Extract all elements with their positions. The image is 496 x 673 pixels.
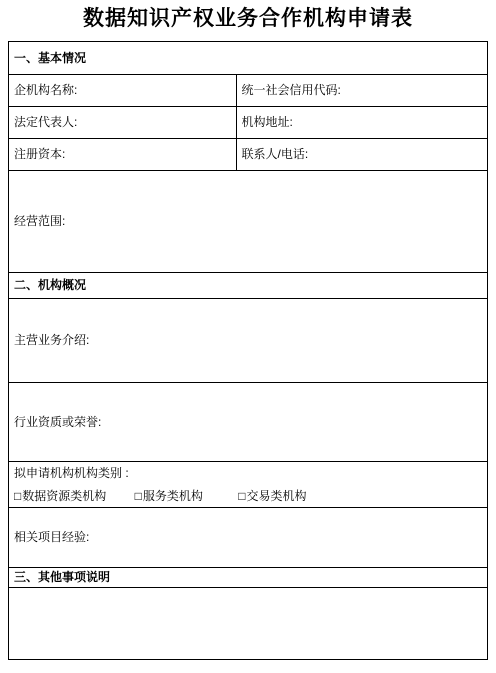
field-contact-cell[interactable]: 联系人/电话: (236, 139, 487, 171)
table-row: 行业资质或荣誉: (9, 383, 488, 462)
field-main-business-cell[interactable]: 主营业务介绍: (9, 299, 488, 383)
field-contact-label: 联系人/电话: (242, 147, 309, 161)
category-question-label: 拟申请机构机构类别 : (14, 466, 483, 481)
checkbox-option-label: 数据资源类机构 (22, 489, 106, 503)
field-experience-cell[interactable]: 相关项目经验: (9, 508, 488, 568)
table-row: 经营范围: (9, 171, 488, 273)
checkbox-icon: □ (135, 489, 142, 504)
application-form-table: 一、基本情况 企机构名称: 统一社会信用代码: 法定代表人: 机构地址: (8, 41, 488, 660)
field-address-label: 机构地址: (242, 115, 293, 129)
section-header-other: 三、其他事项说明 (9, 568, 488, 588)
checkbox-option-trade[interactable]: □交易类机构 (238, 489, 306, 504)
section-row-other: 三、其他事项说明 (9, 568, 488, 588)
section-row-overview: 二、机构概况 (9, 273, 488, 299)
field-qualification-cell[interactable]: 行业资质或荣誉: (9, 383, 488, 462)
table-row (9, 588, 488, 660)
page-title: 数据知识产权业务合作机构申请表 (8, 0, 488, 41)
field-capital-cell[interactable]: 注册资本: (9, 139, 237, 171)
field-experience-label: 相关项目经验: (14, 530, 89, 544)
section-row-basic: 一、基本情况 (9, 42, 488, 75)
other-notes-area[interactable] (9, 588, 488, 660)
field-credit-code-cell[interactable]: 统一社会信用代码: (236, 75, 487, 107)
checkbox-icon: □ (238, 489, 245, 504)
table-row: 主营业务介绍: (9, 299, 488, 383)
field-capital-label: 注册资本: (14, 147, 65, 161)
field-org-name-label: 企机构名称: (14, 83, 77, 97)
table-row: 企机构名称: 统一社会信用代码: (9, 75, 488, 107)
form-document: 数据知识产权业务合作机构申请表 一、基本情况 企机构名称: 统一社会信用代码: … (0, 0, 496, 673)
field-credit-code-label: 统一社会信用代码: (242, 83, 341, 97)
field-category-cell: 拟申请机构机构类别 : □数据资源类机构 □服务类机构 □交易类机构 (9, 462, 488, 508)
field-business-scope-label: 经营范围: (14, 214, 65, 228)
table-row: 注册资本: 联系人/电话: (9, 139, 488, 171)
checkbox-option-service[interactable]: □服务类机构 (135, 489, 203, 504)
field-address-cell[interactable]: 机构地址: (236, 107, 487, 139)
checkbox-option-data-resource[interactable]: □数据资源类机构 (14, 489, 106, 504)
field-legal-rep-cell[interactable]: 法定代表人: (9, 107, 237, 139)
checkbox-icon: □ (14, 489, 21, 504)
section-header-basic: 一、基本情况 (9, 42, 488, 75)
field-legal-rep-label: 法定代表人: (14, 115, 77, 129)
field-qualification-label: 行业资质或荣誉: (14, 415, 101, 429)
checkbox-option-label: 交易类机构 (246, 489, 306, 503)
field-main-business-label: 主营业务介绍: (14, 333, 89, 347)
field-org-name-cell[interactable]: 企机构名称: (9, 75, 237, 107)
checkbox-option-label: 服务类机构 (143, 489, 203, 503)
table-row: 相关项目经验: (9, 508, 488, 568)
field-business-scope-cell[interactable]: 经营范围: (9, 171, 488, 273)
table-row: 拟申请机构机构类别 : □数据资源类机构 □服务类机构 □交易类机构 (9, 462, 488, 508)
category-options: □数据资源类机构 □服务类机构 □交易类机构 (14, 489, 483, 504)
table-row: 法定代表人: 机构地址: (9, 107, 488, 139)
section-header-overview: 二、机构概况 (9, 273, 488, 299)
